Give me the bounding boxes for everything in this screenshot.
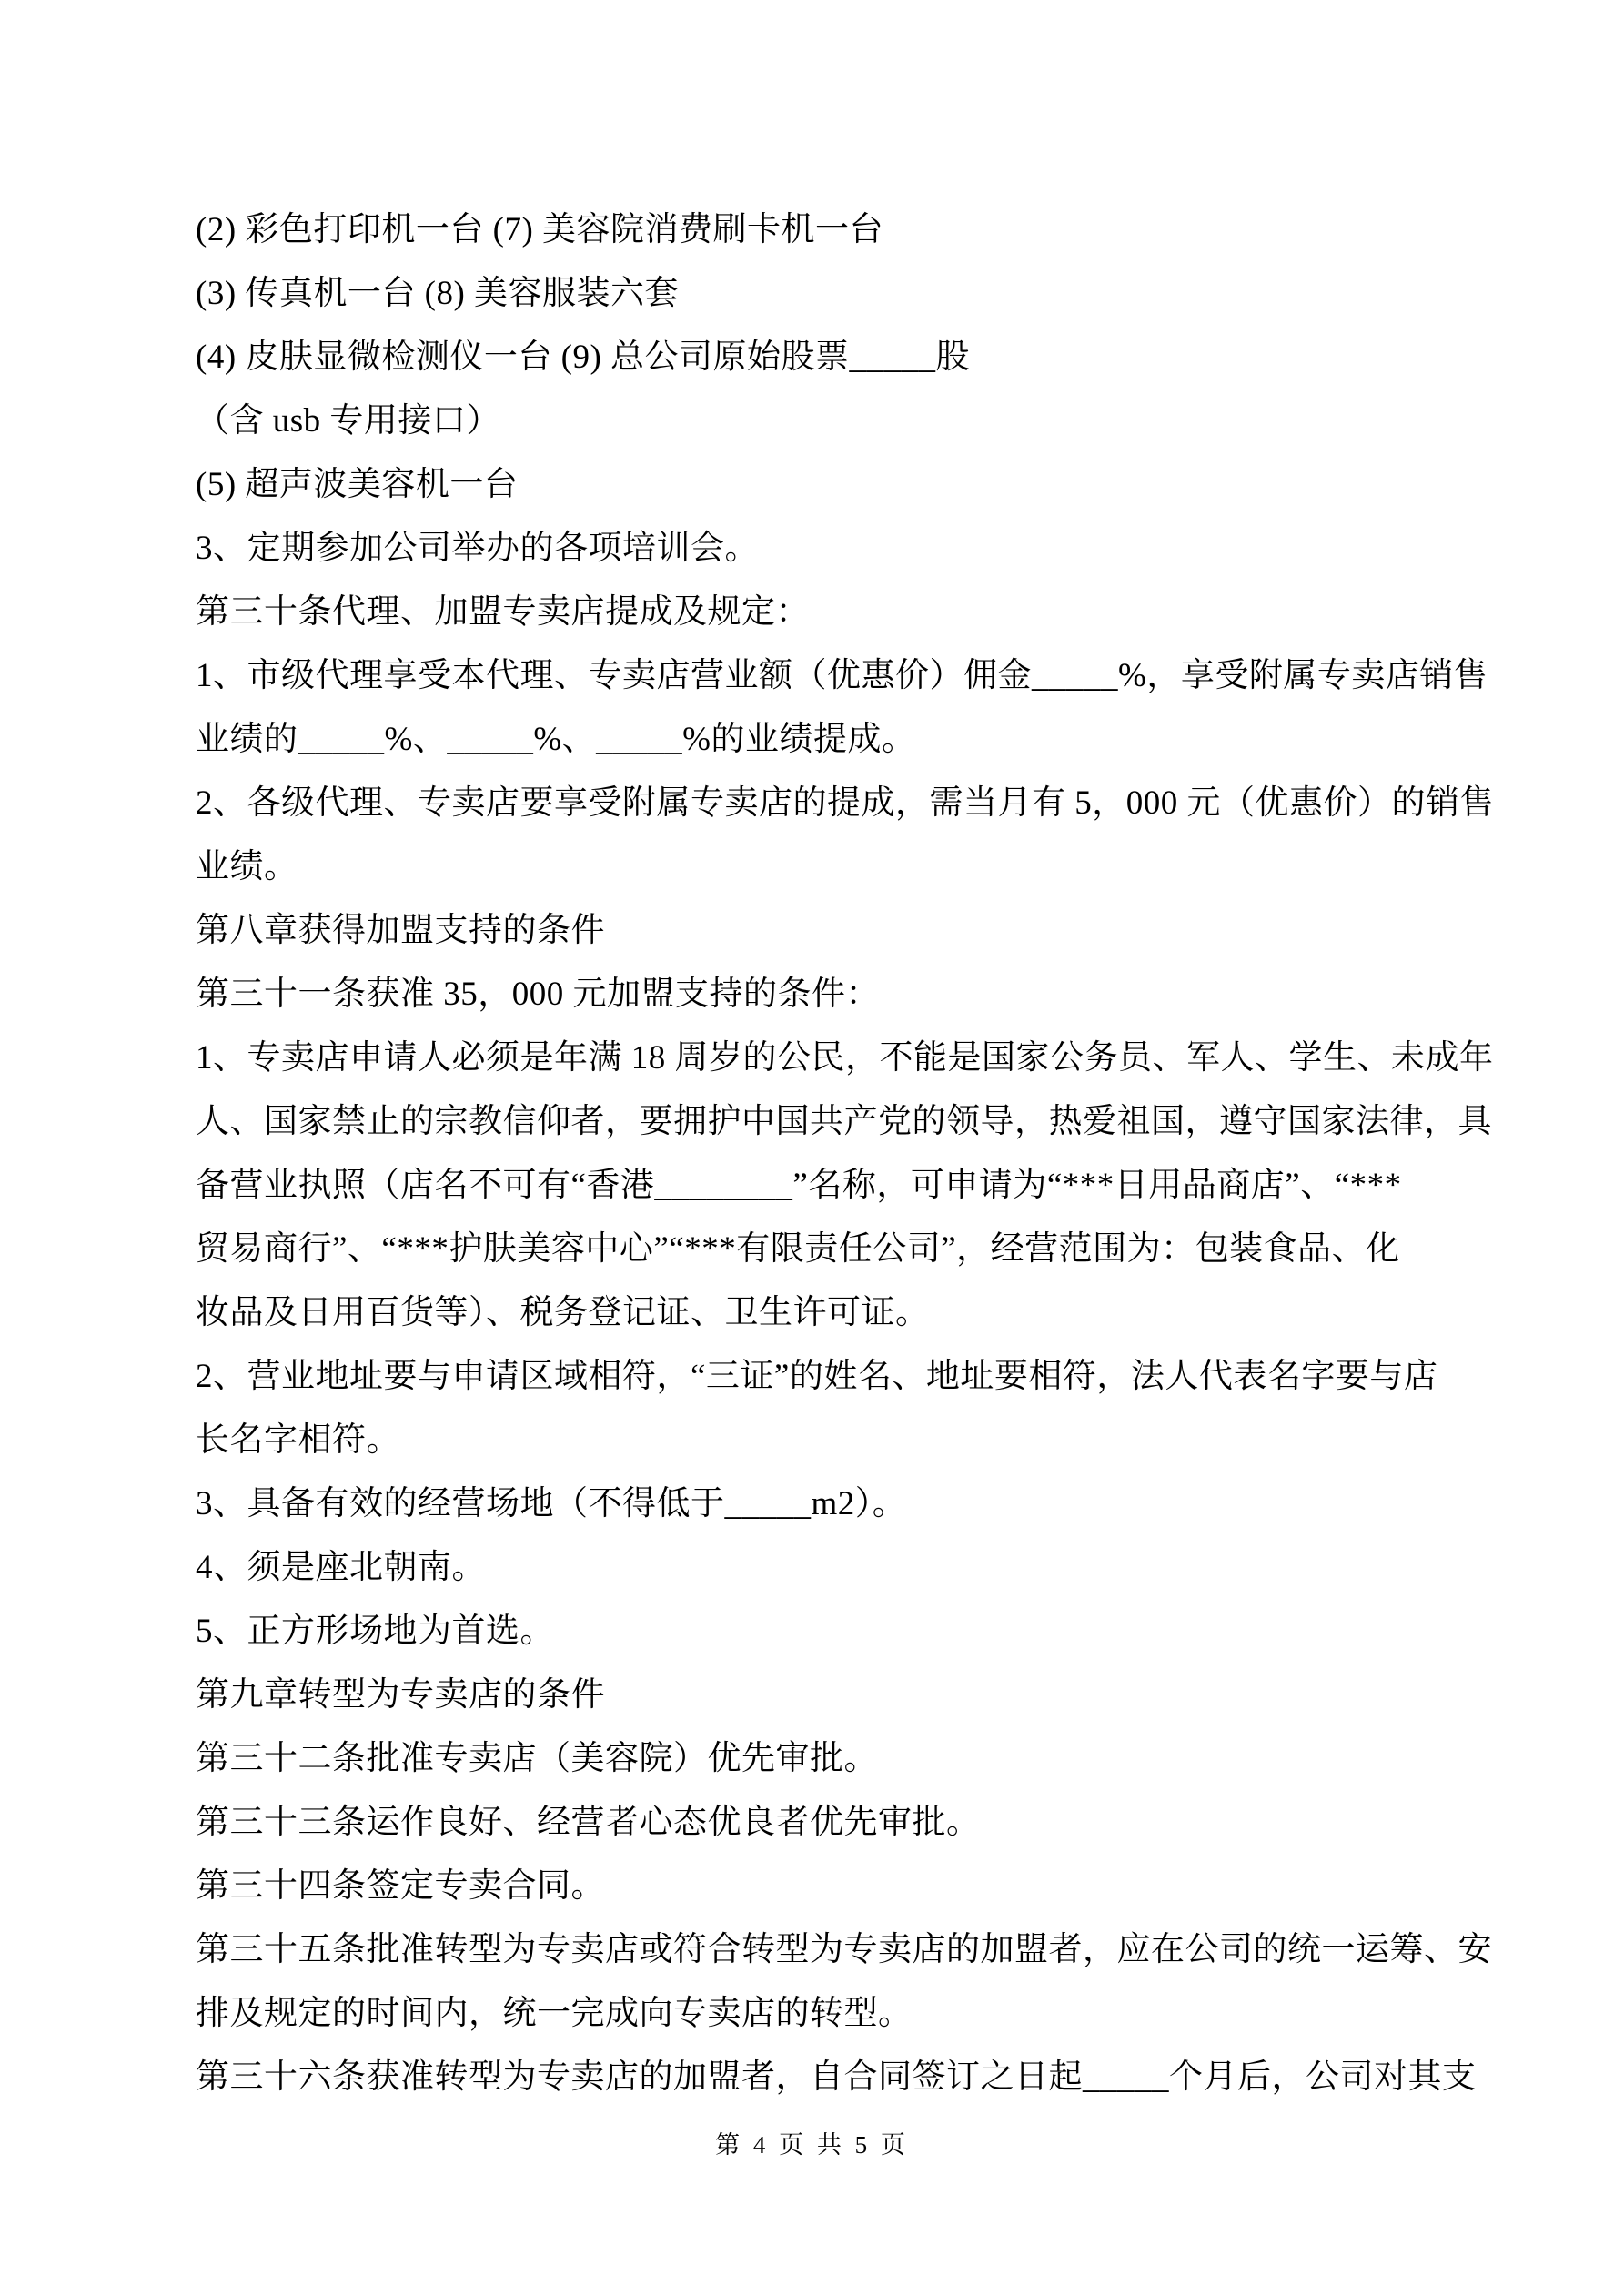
document-line: 第三十三条运作良好、经营者心态优良者优先审批。 — [196, 1791, 1465, 1855]
document-line: 第三十二条批准专卖店（美容院）优先审批。 — [196, 1727, 1465, 1791]
document-line: 第三十条代理、加盟专卖店提成及规定： — [196, 581, 1465, 644]
document-line: (4) 皮肤显微检测仪一台 (9) 总公司原始股票_____股 — [196, 326, 1465, 389]
document-line: 第三十一条获准 35，000 元加盟支持的条件： — [196, 963, 1465, 1027]
document-line: 第三十五条批准转型为专卖店或符合转型为专卖店的加盟者，应在公司的统一运筹、安 — [196, 1918, 1465, 1982]
page-footer: 第 4 页 共 5 页 — [0, 2113, 1624, 2177]
document-line: 3、具备有效的经营场地（不得低于_____m2）。 — [196, 1472, 1465, 1536]
document-line: 备营业执照（店名不可有“香港________”名称，可申请为“***日用品商店”… — [196, 1154, 1465, 1218]
document-line: 5、正方形场地为首选。 — [196, 1600, 1465, 1664]
document-line: （含 usb 专用接口） — [196, 389, 1465, 453]
document-line: 2、各级代理、专卖店要享受附属专卖店的提成，需当月有 5，000 元（优惠价）的… — [196, 772, 1465, 835]
document-line: 业绩。 — [196, 835, 1465, 899]
document-line: 第九章转型为专卖店的条件 — [196, 1664, 1465, 1727]
document-line: 贸易商行”、“***护肤美容中心”“***有限责任公司”，经营范围为：包装食品、… — [196, 1218, 1465, 1281]
document-line: 人、国家禁止的宗教信仰者，要拥护中国共产党的领导，热爱祖国，遵守国家法律，具 — [196, 1090, 1465, 1154]
document-line: 第八章获得加盟支持的条件 — [196, 899, 1465, 963]
document-line: (2) 彩色打印机一台 (7) 美容院消费刷卡机一台 — [196, 198, 1465, 262]
document-line: 3、定期参加公司举办的各项培训会。 — [196, 517, 1465, 581]
document-line: 妆品及日用百货等）、税务登记证、卫生许可证。 — [196, 1281, 1465, 1345]
document-line: 2、营业地址要与申请区域相符，“三证”的姓名、地址要相符，法人代表名字要与店 — [196, 1345, 1465, 1409]
document-line: (5) 超声波美容机一台 — [196, 453, 1465, 517]
document-line: 1、市级代理享受本代理、专卖店营业额（优惠价）佣金_____%，享受附属专卖店销… — [196, 644, 1465, 708]
document-line: (3) 传真机一台 (8) 美容服装六套 — [196, 262, 1465, 326]
document-body: (2) 彩色打印机一台 (7) 美容院消费刷卡机一台 (3) 传真机一台 (8)… — [196, 198, 1465, 2109]
document-line: 业绩的_____%、_____%、_____%的业绩提成。 — [196, 708, 1465, 772]
document-line: 4、须是座北朝南。 — [196, 1536, 1465, 1600]
document-line: 第三十六条获准转型为专卖店的加盟者，自合同签订之日起_____个月后，公司对其支 — [196, 2046, 1465, 2109]
document-line: 长名字相符。 — [196, 1409, 1465, 1472]
document-line: 1、专卖店申请人必须是年满 18 周岁的公民，不能是国家公务员、军人、学生、未成… — [196, 1027, 1465, 1090]
document-line: 排及规定的时间内，统一完成向专卖店的转型。 — [196, 1982, 1465, 2046]
document-page: (2) 彩色打印机一台 (7) 美容院消费刷卡机一台 (3) 传真机一台 (8)… — [0, 0, 1624, 2296]
document-line: 第三十四条签定专卖合同。 — [196, 1855, 1465, 1918]
